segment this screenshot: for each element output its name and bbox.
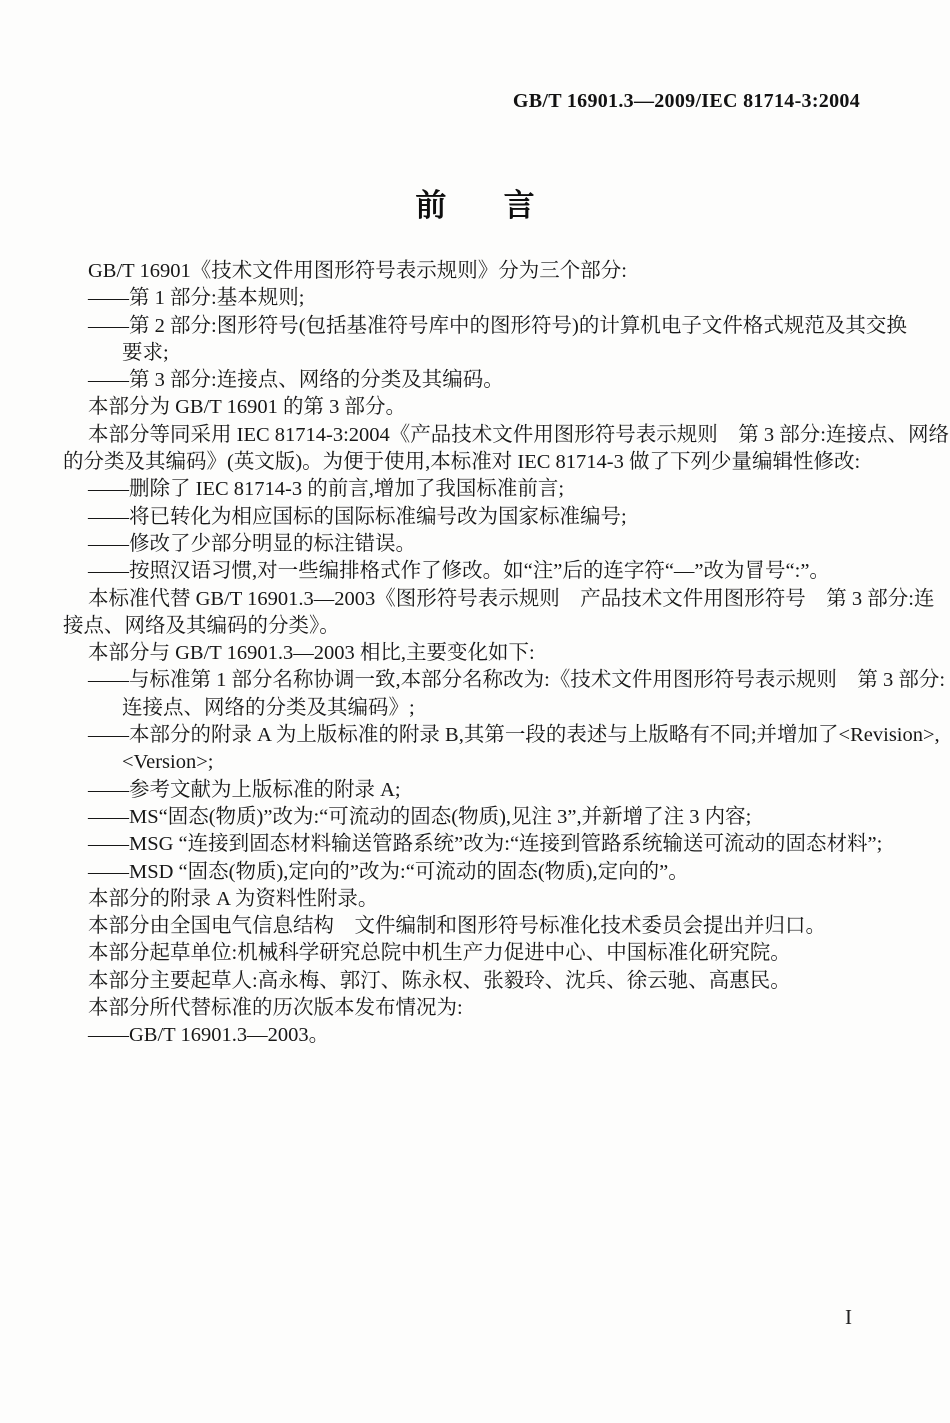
text-line: 本部分与 GB/T 16901.3—2003 相比,主要变化如下:	[63, 640, 888, 667]
text-line: ——修改了少部分明显的标注错误。	[63, 531, 888, 558]
page-number: I	[845, 1305, 852, 1330]
text-line: ——第 1 部分:基本规则;	[63, 285, 888, 312]
text-line: <Version>;	[63, 749, 888, 776]
page-title-text: 前言	[358, 188, 592, 223]
text-line: 接点、网络及其编码的分类》。	[63, 613, 888, 640]
text-line: ——MS“固态(物质)”改为:“可流动的固态(物质),见注 3”,并新增了注 3…	[63, 804, 888, 831]
text-line: ——MSG “连接到固态材料输送管路系统”改为:“连接到管路系统输送可流动的固态…	[63, 831, 888, 858]
text-line: ——将已转化为相应国标的国际标准编号改为国家标准编号;	[63, 504, 888, 531]
text-line: 本部分主要起草人:高永梅、郭汀、陈永权、张毅玲、沈兵、徐云驰、高惠民。	[63, 968, 888, 995]
text-line: 本部分为 GB/T 16901 的第 3 部分。	[63, 394, 888, 421]
text-line: 的分类及其编码》(英文版)。为便于使用,本标准对 IEC 81714-3 做了下…	[63, 449, 888, 476]
text-line: 本部分的附录 A 为资料性附录。	[63, 886, 888, 913]
text-line: 本部分所代替标准的历次版本发布情况为:	[63, 995, 888, 1022]
text-line: ——GB/T 16901.3—2003。	[63, 1022, 888, 1049]
text-line: ——删除了 IEC 81714-3 的前言,增加了我国标准前言;	[63, 476, 888, 503]
text-line: 本部分等同采用 IEC 81714-3:2004《产品技术文件用图形符号表示规则…	[63, 422, 888, 449]
header-standard-number: GB/T 16901.3—2009/IEC 81714-3:2004	[0, 90, 860, 113]
text-line: 要求;	[63, 340, 888, 367]
text-line: 连接点、网络的分类及其编码》;	[63, 695, 888, 722]
page-title: 前言	[0, 180, 950, 225]
text-line: 本部分起草单位:机械科学研究总院中机生产力促进中心、中国标准化研究院。	[63, 940, 888, 967]
text-line: ——按照汉语习惯,对一些编排格式作了修改。如“注”后的连字符“—”改为冒号“:”…	[63, 558, 888, 585]
text-line: ——参考文献为上版标准的附录 A;	[63, 777, 888, 804]
text-line: 本标准代替 GB/T 16901.3—2003《图形符号表示规则 产品技术文件用…	[63, 586, 888, 613]
foreword-body: GB/T 16901《技术文件用图形符号表示规则》分为三个部分:——第 1 部分…	[63, 258, 888, 1050]
text-line: ——与标准第 1 部分名称协调一致,本部分名称改为:《技术文件用图形符号表示规则…	[63, 667, 888, 694]
text-line: GB/T 16901《技术文件用图形符号表示规则》分为三个部分:	[63, 258, 888, 285]
text-line: 本部分由全国电气信息结构 文件编制和图形符号标准化技术委员会提出并归口。	[63, 913, 888, 940]
text-line: ——第 3 部分:连接点、网络的分类及其编码。	[63, 367, 888, 394]
text-line: ——本部分的附录 A 为上版标准的附录 B,其第一段的表述与上版略有不同;并增加…	[63, 722, 888, 749]
text-line: ——第 2 部分:图形符号(包括基准符号库中的图形符号)的计算机电子文件格式规范…	[63, 313, 888, 340]
document-page: GB/T 16901.3—2009/IEC 81714-3:2004 前言 GB…	[0, 0, 950, 1423]
text-line: ——MSD “固态(物质),定向的”改为:“可流动的固态(物质),定向的”。	[63, 859, 888, 886]
